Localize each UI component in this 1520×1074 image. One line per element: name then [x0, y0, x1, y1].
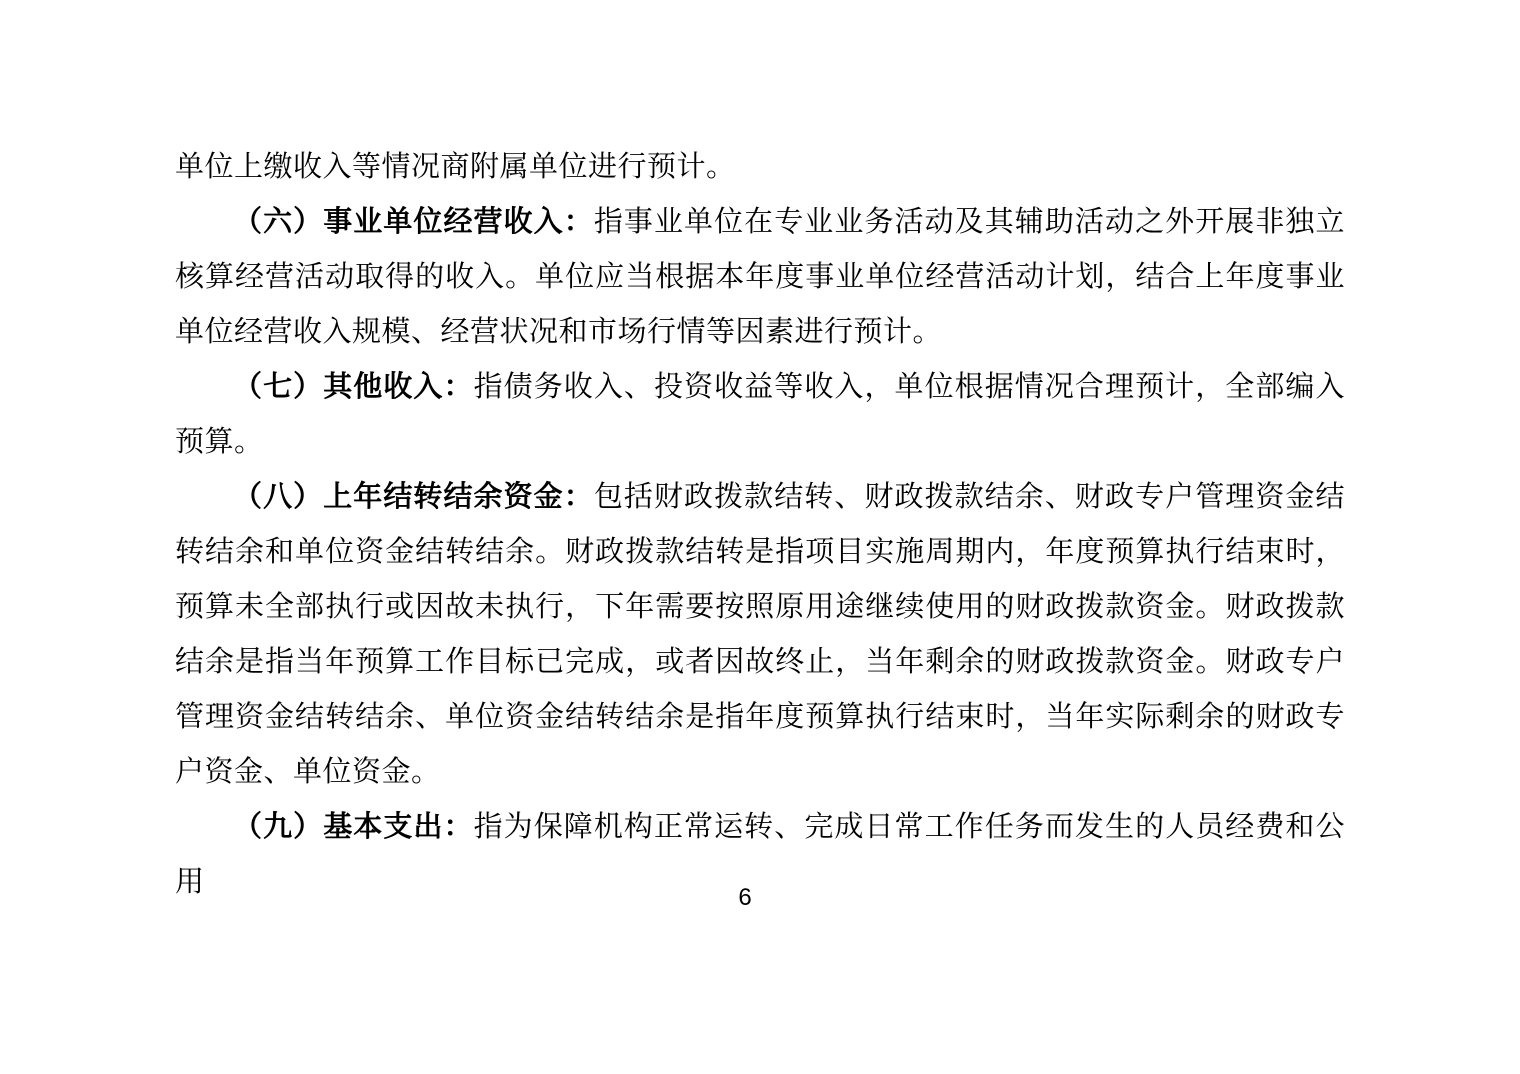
- page-number: 6: [0, 884, 1490, 912]
- paragraph-item-7: （七）其他收入：指债务收入、投资收益等收入，单位根据情况合理预计，全部编入预算。: [175, 360, 1345, 470]
- paragraph-item-8-heading: （八）上年结转结余资金：: [233, 481, 594, 513]
- paragraph-item-6-heading: （六）事业单位经营收入：: [233, 206, 594, 238]
- paragraph-continuation: 单位上缴收入等情况商附属单位进行预计。: [175, 140, 1345, 195]
- paragraph-item-7-heading: （七）其他收入：: [233, 371, 474, 403]
- paragraph-item-8: （八）上年结转结余资金：包括财政拨款结转、财政拨款结余、财政专户管理资金结转结余…: [175, 470, 1345, 800]
- paragraph-item-8-body: 包括财政拨款结转、财政拨款结余、财政专户管理资金结转结余和单位资金结转结余。财政…: [175, 481, 1345, 788]
- document-page: 单位上缴收入等情况商附属单位进行预计。 （六）事业单位经营收入：指事业单位在专业…: [0, 0, 1520, 1074]
- paragraph-item-9-heading: （九）基本支出：: [233, 811, 474, 843]
- document-body: 单位上缴收入等情况商附属单位进行预计。 （六）事业单位经营收入：指事业单位在专业…: [175, 140, 1345, 910]
- paragraph-continuation-body: 单位上缴收入等情况商附属单位进行预计。: [175, 151, 736, 183]
- paragraph-item-6: （六）事业单位经营收入：指事业单位在专业业务活动及其辅助活动之外开展非独立核算经…: [175, 195, 1345, 360]
